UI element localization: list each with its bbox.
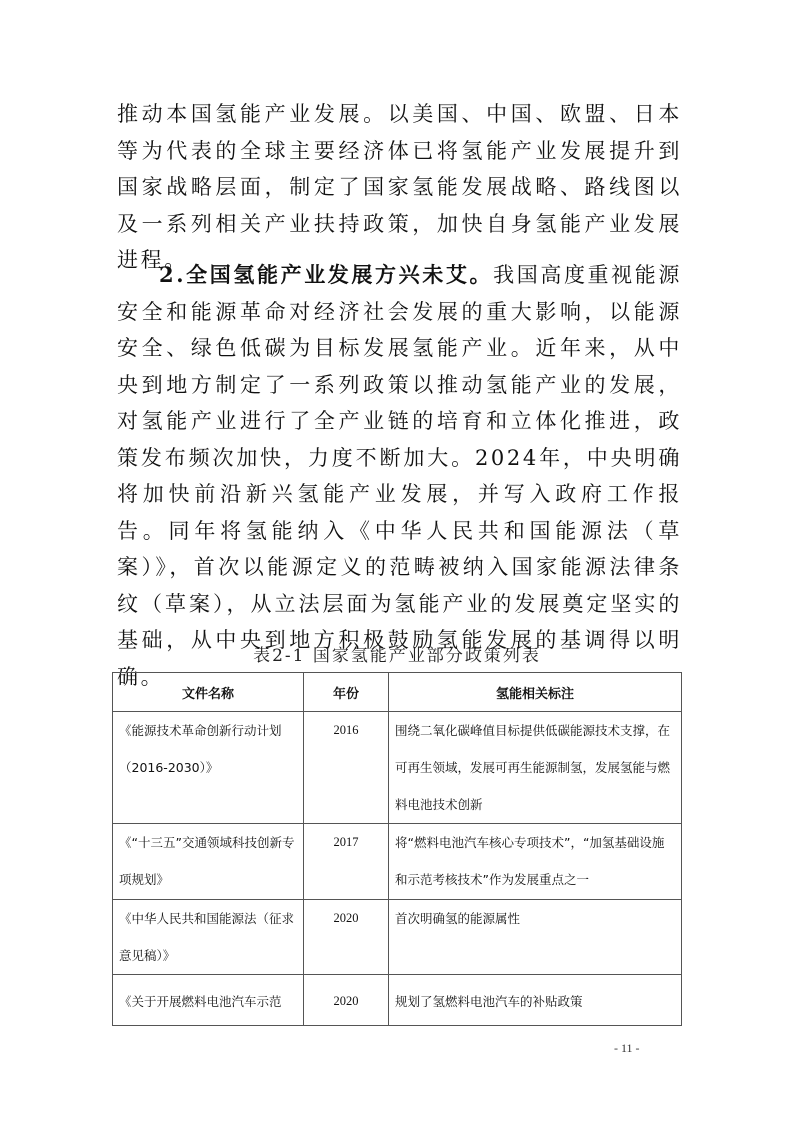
header-hydrogen-notes: 氢能相关标注 — [389, 673, 682, 712]
document-name: 《“十三五”交通领域科技创新专项规划》 — [119, 824, 297, 898]
table-header-row: 文件名称 年份 氢能相关标注 — [113, 673, 682, 712]
document-year: 2016 — [310, 712, 382, 749]
header-document-name: 文件名称 — [113, 673, 304, 712]
page-number: - 11 - — [614, 1041, 640, 1056]
table-row: 《关于开展燃料电池汽车示范 2020 规划了氢燃料电池汽车的补贴政策 — [113, 975, 682, 1026]
document-page: 推动本国氢能产业发展。以美国、中国、欧盟、日本等为代表的全球主要经济体已将氢能产… — [0, 0, 794, 1123]
document-year: 2017 — [310, 824, 382, 861]
paragraph-intro: 推动本国氢能产业发展。以美国、中国、欧盟、日本等为代表的全球主要经济体已将氢能产… — [117, 96, 682, 279]
table-row: 《中华人民共和国能源法（征求意见稿）》 2020 首次明确氢的能源属性 — [113, 900, 682, 975]
hydrogen-note: 围绕二氧化碳峰值目标提供低碳能源技术支撑，在可再生领域，发展可再生能源制氢，发展… — [395, 712, 675, 823]
table-row: 《能源技术革命创新行动计划（2016-2030）》 2016 围绕二氧化碳峰值目… — [113, 712, 682, 824]
document-year: 2020 — [310, 900, 382, 937]
paragraph-national-hydrogen: 2.全国氢能产业发展方兴未艾。我国高度重视能源安全和能源革命对经济社会发展的重大… — [117, 257, 682, 695]
paragraph-body: 我国高度重视能源安全和能源革命对经济社会发展的重大影响，以能源安全、绿色低碳为目… — [117, 263, 682, 689]
document-name: 《中华人民共和国能源法（征求意见稿）》 — [119, 900, 297, 974]
section-heading: 2.全国氢能产业发展方兴未艾。 — [159, 262, 493, 287]
document-year: 2020 — [310, 975, 382, 1020]
policy-table: 文件名称 年份 氢能相关标注 《能源技术革命创新行动计划（2016-2030）》… — [112, 672, 682, 1026]
hydrogen-note: 将“燃料电池汽车核心专项技术”，“加氢基础设施和示范考核技术”作为发展重点之一 — [395, 824, 675, 898]
table-caption: 表2-1 国家氢能产业部分政策列表 — [0, 641, 794, 666]
hydrogen-note: 首次明确氢的能源属性 — [395, 900, 675, 937]
table-row: 《“十三五”交通领域科技创新专项规划》 2017 将“燃料电池汽车核心专项技术”… — [113, 824, 682, 900]
header-year: 年份 — [304, 673, 389, 712]
document-name: 《关于开展燃料电池汽车示范 — [119, 975, 297, 1020]
hydrogen-note: 规划了氢燃料电池汽车的补贴政策 — [395, 975, 675, 1020]
document-name: 《能源技术革命创新行动计划（2016-2030）》 — [119, 712, 297, 786]
